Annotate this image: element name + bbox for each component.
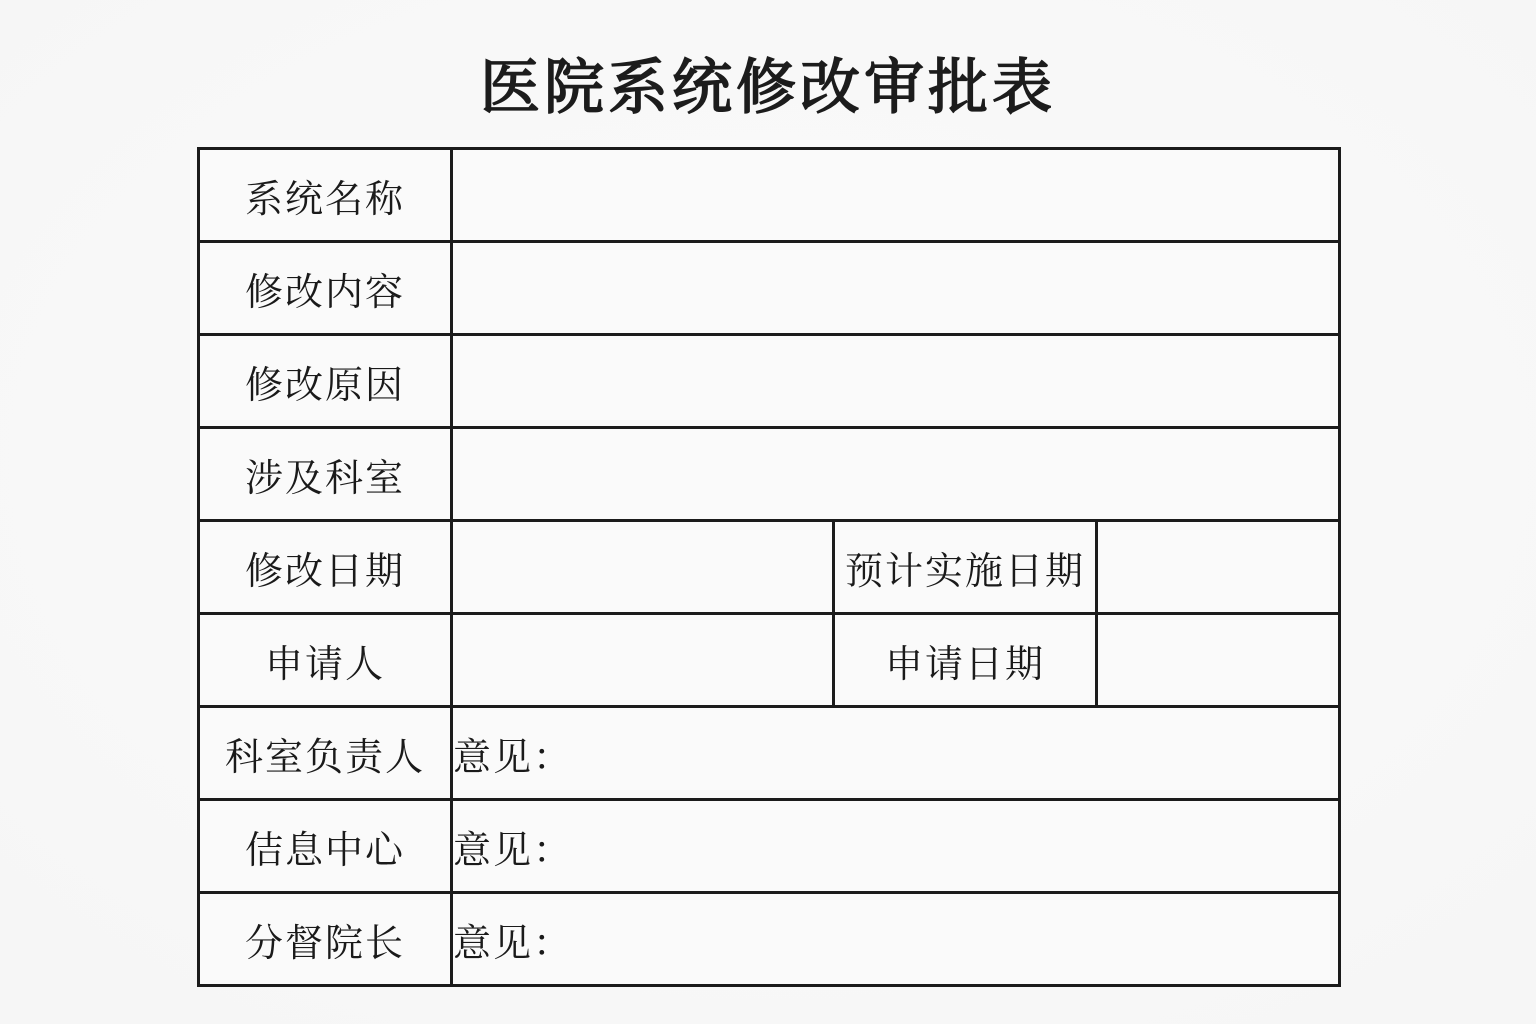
modification-reason-input-cell[interactable] [452,335,1340,428]
row-deputy-director: 分督院长 意见： [199,893,1340,986]
system-name-input-cell[interactable] [452,149,1340,242]
involved-departments-label: 涉及科室 [199,428,452,521]
system-name-label: 系统名称 [199,149,452,242]
modification-reason-label: 修改原因 [199,335,452,428]
information-center-opinion-cell[interactable]: 意见： [452,800,1340,893]
applicant-label: 申请人 [199,614,452,707]
approval-form-table: 系统名称 修改内容 修改原因 涉及科室 修改日期 预计实施日期 申请人 申请日期 [197,147,1341,987]
modification-content-label: 修改内容 [199,242,452,335]
applicant-input-cell[interactable] [452,614,834,707]
row-modification-date: 修改日期 预计实施日期 [199,521,1340,614]
page-title: 医院系统修改审批表 [0,40,1536,126]
deputy-director-label: 分督院长 [199,893,452,986]
modification-date-label: 修改日期 [199,521,452,614]
row-modification-reason: 修改原因 [199,335,1340,428]
deputy-director-opinion-label: 意见： [453,923,573,965]
information-center-opinion-label: 意见： [453,830,573,872]
application-date-input-cell[interactable] [1097,614,1340,707]
row-department-head: 科室负责人 意见： [199,707,1340,800]
row-involved-departments: 涉及科室 [199,428,1340,521]
row-modification-content: 修改内容 [199,242,1340,335]
row-applicant: 申请人 申请日期 [199,614,1340,707]
deputy-director-opinion-cell[interactable]: 意见： [452,893,1340,986]
planned-implementation-date-label: 预计实施日期 [834,521,1097,614]
department-head-label: 科室负责人 [199,707,452,800]
modification-content-input-cell[interactable] [452,242,1340,335]
modification-date-input-cell[interactable] [452,521,834,614]
department-head-opinion-cell[interactable]: 意见： [452,707,1340,800]
department-head-opinion-label: 意见： [453,737,573,779]
application-date-label: 申请日期 [834,614,1097,707]
row-system-name: 系统名称 [199,149,1340,242]
row-information-center: 佶息中心 意见： [199,800,1340,893]
planned-implementation-date-input-cell[interactable] [1097,521,1340,614]
information-center-label: 佶息中心 [199,800,452,893]
involved-departments-input-cell[interactable] [452,428,1340,521]
